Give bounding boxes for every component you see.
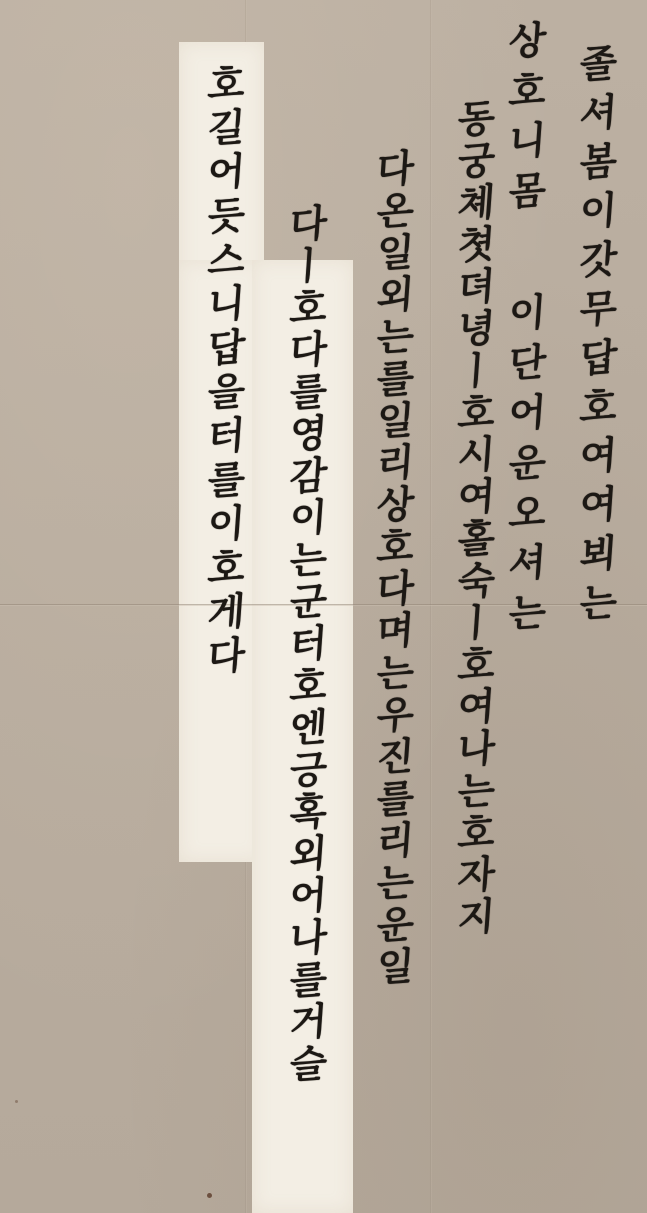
glyph: 는 (507, 593, 547, 633)
glyph: 호 (206, 548, 246, 588)
glyph: 는 (375, 317, 415, 357)
glyph: 며 (375, 611, 415, 651)
glyph: 길 (206, 108, 246, 148)
glyph: 답 (206, 328, 246, 368)
glyph: 호 (507, 71, 547, 111)
glyph: 어 (206, 152, 246, 192)
glyph: 리 (375, 821, 415, 861)
glyph: ㅣ (456, 351, 496, 391)
glyph: 긍 (288, 750, 328, 790)
glyph: 스 (206, 240, 246, 280)
text-column-4: 다 온 일 외 는 를 일 리 상 호 다 며 는 우 진 를 리 는 운 일 (365, 150, 425, 986)
text-column-2: 상 호 니 몸 이 단 어 운 오 셔 는 (497, 22, 557, 632)
glyph: 여 (578, 436, 618, 476)
glyph: 오 (507, 493, 547, 533)
glyph: 을 (206, 372, 246, 412)
glyph: 는 (578, 583, 618, 623)
glyph: 감 (288, 456, 328, 496)
glyph: 여 (456, 687, 496, 727)
glyph: 다 (206, 636, 246, 676)
glyph: 나 (456, 729, 496, 769)
glyph: 몸 (507, 171, 547, 211)
glyph: 호 (578, 387, 618, 427)
glyph: 니 (206, 284, 246, 324)
glyph: 이 (507, 293, 547, 333)
glyph: 여 (456, 477, 496, 517)
glyph: 다 (375, 149, 415, 189)
glyph: 어 (288, 876, 328, 916)
glyph: ㅣ (456, 603, 496, 643)
glyph: ㅣ (288, 246, 328, 286)
glyph: 여 (578, 485, 618, 525)
glyph: 다 (375, 569, 415, 609)
glyph: 진 (375, 737, 415, 777)
text-column-1: 졸 셔 봄 이 갓 무 답 호 여 여 뵈 는 (568, 45, 628, 622)
glyph: 궁 (456, 141, 496, 181)
glyph: 이 (206, 504, 246, 544)
glyph: 졸 (578, 44, 618, 84)
glyph: 슬 (288, 1044, 328, 1084)
glyph: 셔 (507, 543, 547, 583)
glyph: 운 (375, 905, 415, 945)
glyph: 단 (507, 343, 547, 383)
glyph: 듯 (206, 196, 246, 236)
glyph: 호 (288, 666, 328, 706)
glyph: 게 (206, 592, 246, 632)
glyph: 갓 (578, 240, 618, 280)
glyph: 뵈 (578, 534, 618, 574)
glyph: 터 (206, 416, 246, 456)
glyph: 어 (507, 393, 547, 433)
glyph: 호 (456, 645, 496, 685)
glyph: 호 (206, 64, 246, 104)
glyph: 호 (456, 813, 496, 853)
glyph: 동 (456, 99, 496, 139)
glyph: 터 (288, 624, 328, 664)
glyph: 봄 (578, 142, 618, 182)
glyph: 를 (375, 779, 415, 819)
glyph: 지 (456, 897, 496, 937)
glyph: 를 (288, 372, 328, 412)
glyph: 리 (375, 443, 415, 483)
glyph: 다 (288, 204, 328, 244)
ink-spot (207, 1193, 212, 1198)
text-column-6-highlighted: 호 길 어 듯 스 니 답 을 터 를 이 호 게 다 (196, 65, 256, 675)
letter-page: 졸 셔 봄 이 갓 무 답 호 여 여 뵈 는 상 호 니 몸 이 단 어 운 … (0, 0, 647, 1213)
glyph: 를 (375, 359, 415, 399)
glyph: 호 (456, 393, 496, 433)
glyph: 일 (375, 947, 415, 987)
glyph: 호 (375, 527, 415, 567)
text-column-3: 동 궁 쳬 쳣 뎌 녕 ㅣ 호 시 여 홀 숙 ㅣ 호 여 나 는 호 자 지 (446, 100, 506, 936)
glyph: 외 (375, 275, 415, 315)
glyph: 뎌 (456, 267, 496, 307)
glyph: 다 (288, 330, 328, 370)
glyph: 외 (288, 834, 328, 874)
glyph: 녕 (456, 309, 496, 349)
glyph: 상 (507, 21, 547, 61)
glyph: 이 (288, 498, 328, 538)
glyph: 니 (507, 121, 547, 161)
glyph: 답 (578, 338, 618, 378)
glyph: 쳣 (456, 225, 496, 265)
glyph: 나 (288, 918, 328, 958)
vertical-fold-crease (430, 0, 432, 1213)
glyph: 는 (288, 540, 328, 580)
glyph: 는 (375, 863, 415, 903)
glyph: 를 (206, 460, 246, 500)
glyph: 운 (507, 443, 547, 483)
glyph: 엔 (288, 708, 328, 748)
glyph: 일 (375, 233, 415, 273)
glyph: 일 (375, 401, 415, 441)
glyph: 셔 (578, 93, 618, 133)
glyph: 무 (578, 289, 618, 329)
glyph: 를 (288, 960, 328, 1000)
glyph: 우 (375, 695, 415, 735)
glyph: 호 (288, 288, 328, 328)
glyph: 혹 (288, 792, 328, 832)
ink-spot (15, 1100, 18, 1103)
text-column-5-highlighted: 다 ㅣ 호 다 를 영 감 이 는 군 터 호 엔 긍 혹 외 어 나 를 거 … (278, 205, 338, 1083)
glyph: 온 (375, 191, 415, 231)
glyph: 거 (288, 1002, 328, 1042)
glyph: 군 (288, 582, 328, 622)
glyph: 영 (288, 414, 328, 454)
glyph: 자 (456, 855, 496, 895)
glyph: 쳬 (456, 183, 496, 223)
glyph: 숙 (456, 561, 496, 601)
glyph: 는 (375, 653, 415, 693)
glyph: 는 (456, 771, 496, 811)
glyph: 시 (456, 435, 496, 475)
glyph: 상 (375, 485, 415, 525)
glyph: 홀 (456, 519, 496, 559)
glyph: 이 (578, 191, 618, 231)
